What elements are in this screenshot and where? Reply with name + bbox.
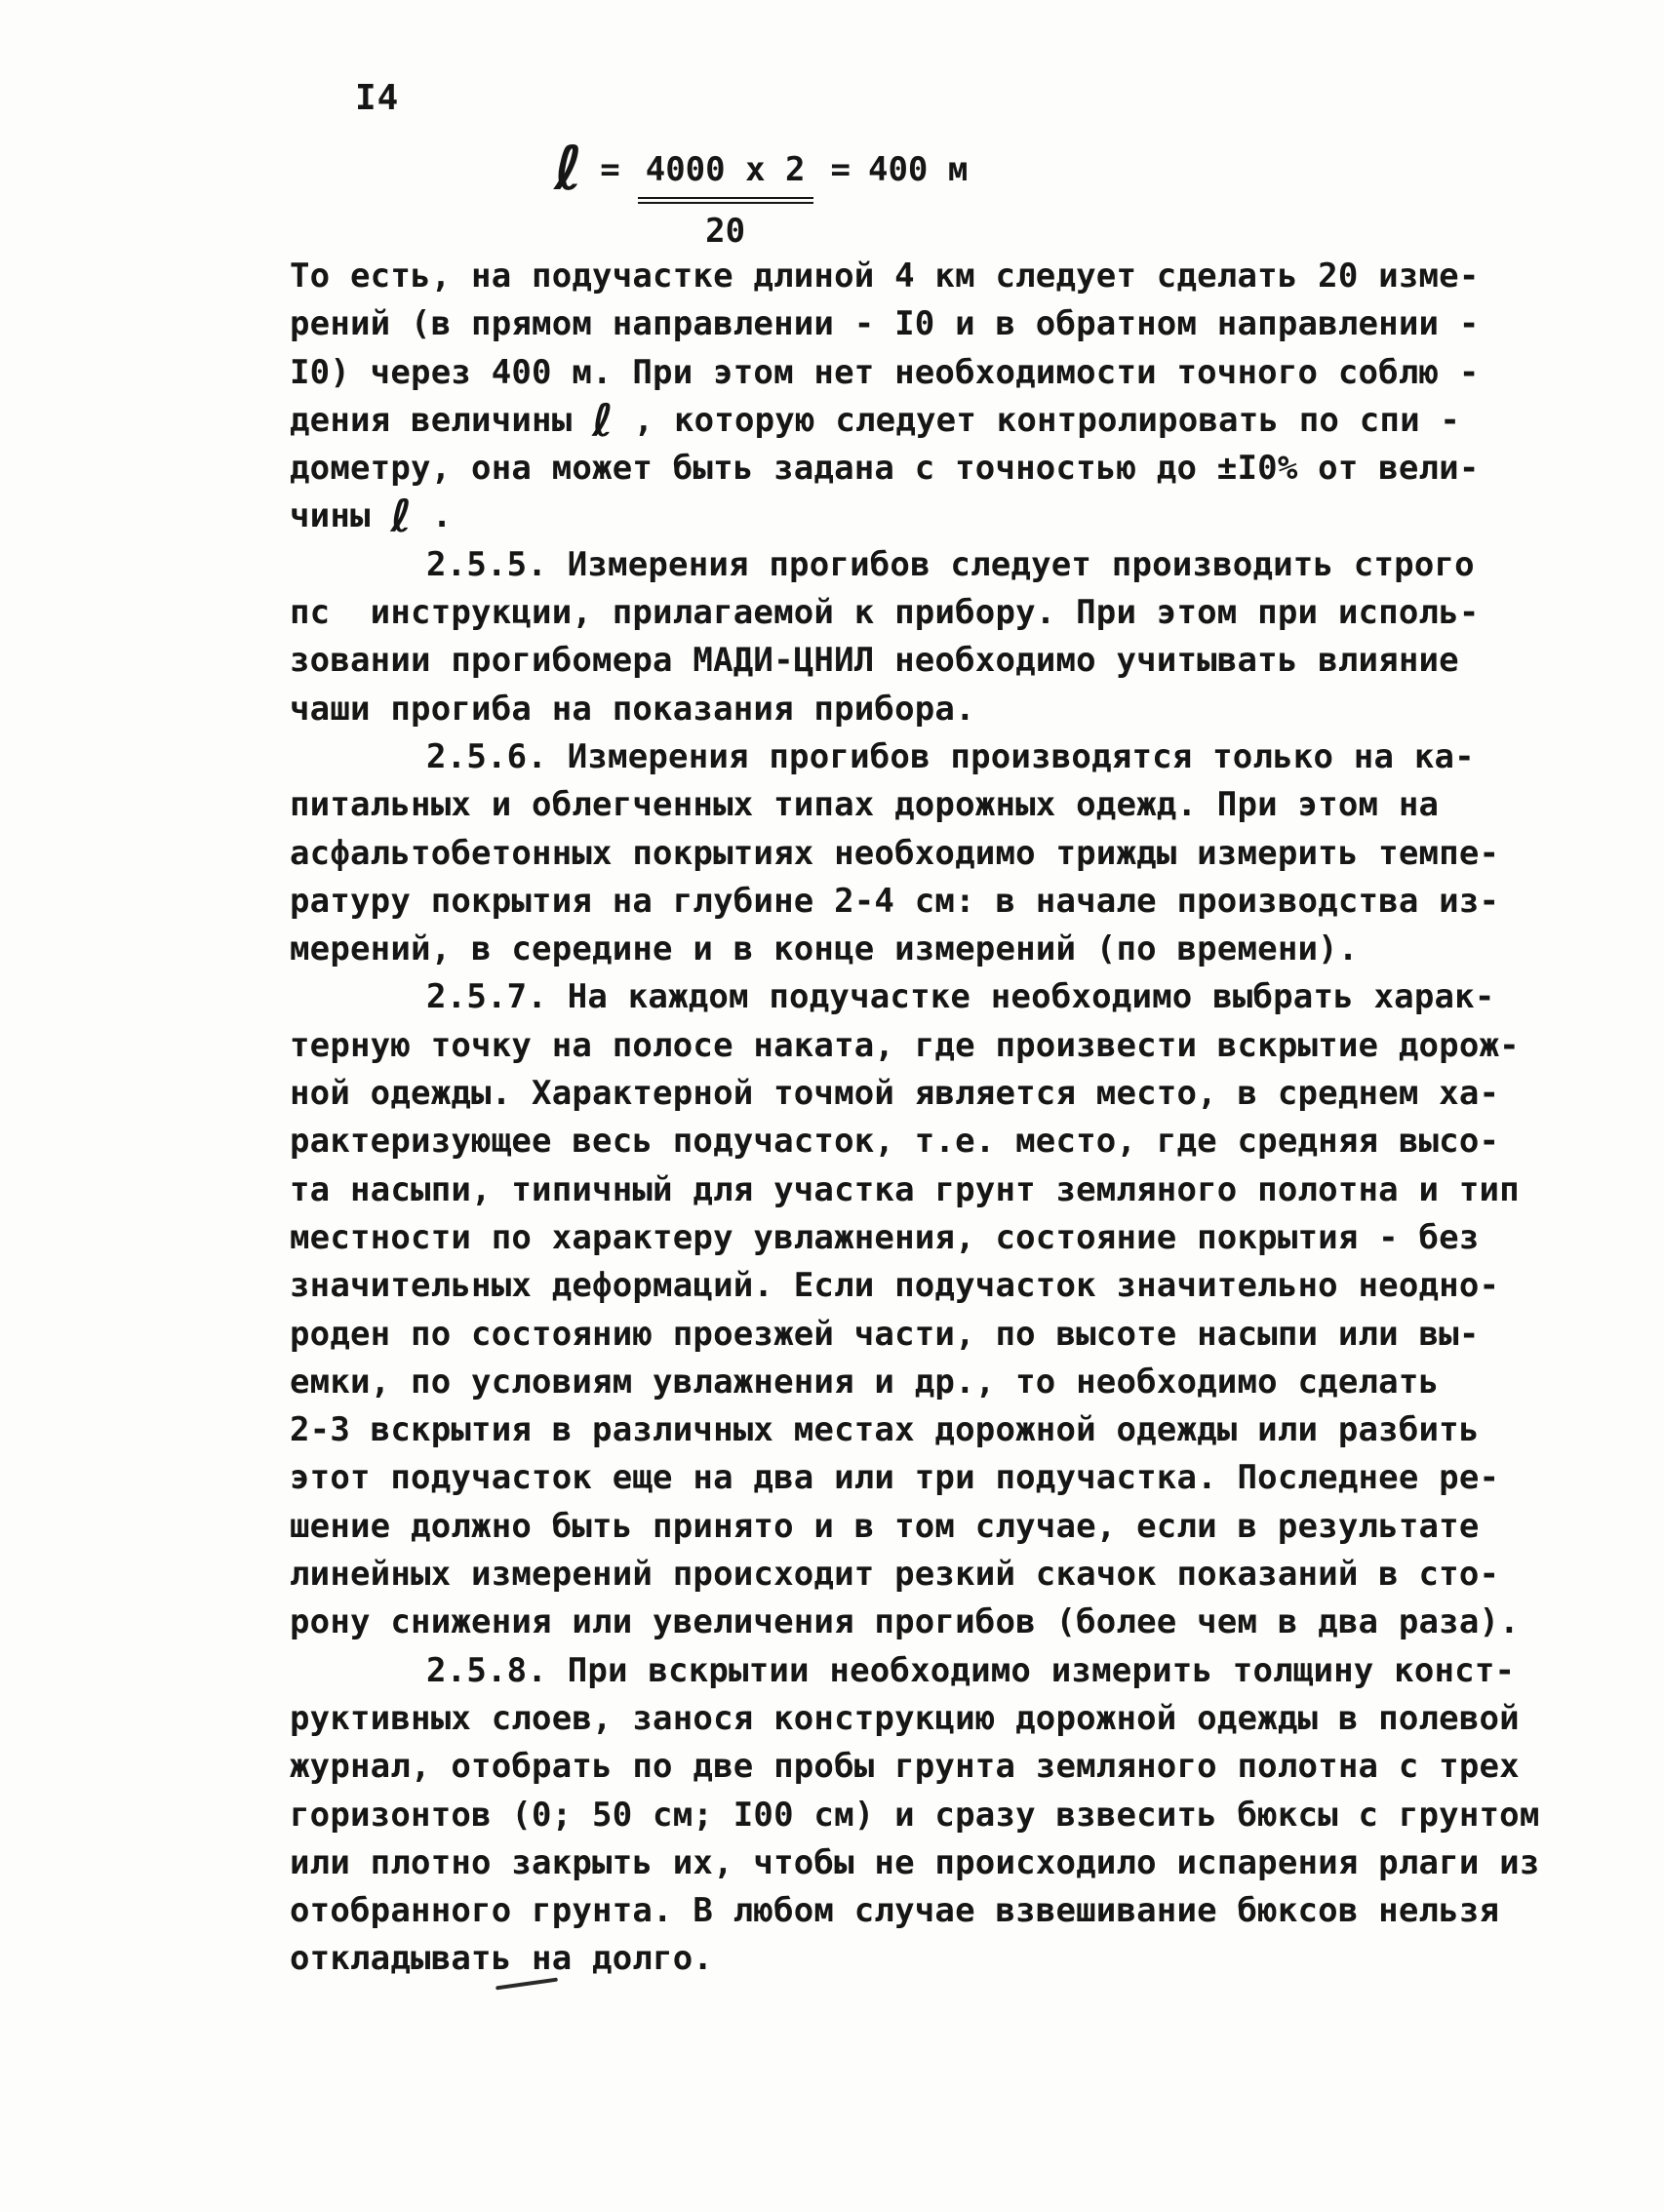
text-line: терную точку на полосе наката, где произ… [290, 1022, 1567, 1070]
text-line: 2-3 вскрытия в различных местах дорожной… [290, 1406, 1567, 1454]
text-line: питальных и облегченных типах дорожных о… [290, 781, 1567, 829]
text-line: чины ℓ . [290, 493, 1567, 540]
text-line: шение должно быть принято и в том случае… [290, 1503, 1567, 1551]
text-line: ной одежды. Характерной точмой является … [290, 1070, 1567, 1118]
text-line: 2.5.5. Измерения прогибов следует произв… [290, 541, 1567, 589]
text-line: дометру, она может быть задана с точност… [290, 445, 1567, 493]
script-l-symbol: ℓ [390, 490, 412, 542]
text-line: та насыпи, типичный для участка грунт зе… [290, 1166, 1567, 1214]
text-line: пс инструкции, прилагаемой к прибору. Пр… [290, 589, 1567, 637]
text-line: 2.5.7. На каждом подучастке необходимо в… [290, 973, 1567, 1021]
text-line: этот подучасток еще на два или три подуч… [290, 1454, 1567, 1502]
text-line: рону снижения или увеличения прогибов (б… [290, 1599, 1567, 1646]
text-line: горизонтов (0; 50 см; I00 см) и сразу вз… [290, 1792, 1567, 1839]
script-l-symbol: ℓ [592, 394, 614, 447]
text-line: журнал, отобрать по две пробы грунта зем… [290, 1743, 1567, 1791]
document-page: I4 ℓ = 4000 x 2 20 = 400 м То есть, на п… [0, 0, 1664, 2212]
formula: ℓ = 4000 x 2 20 = 400 м [554, 146, 968, 256]
text-line: роден по состоянию проезжей части, по вы… [290, 1311, 1567, 1359]
text-line: мерений, в середине и в конце измерений … [290, 926, 1567, 973]
text-line: рактеризующее весь подучасток, т.е. мест… [290, 1118, 1567, 1165]
fraction-numerator: 4000 x 2 [638, 146, 813, 204]
text-line: I0) через 400 м. При этом нет необходимо… [290, 349, 1567, 397]
text-line: руктивных слоев, занося конструкцию доро… [290, 1695, 1567, 1743]
text-line: чаши прогиба на показания прибора. [290, 686, 1567, 733]
text-line: значительных деформаций. Если подучасток… [290, 1262, 1567, 1310]
text-line: зовании прогибомера МАДИ-ЦНИЛ необходимо… [290, 637, 1567, 685]
fraction: 4000 x 2 20 [638, 146, 813, 256]
equals-sign: = [831, 146, 851, 194]
text-line: откладывать на долго. [290, 1935, 1567, 1983]
text-line: местности по характеру увлажнения, состо… [290, 1214, 1567, 1262]
text-line: 2.5.6. Измерения прогибов производятся т… [290, 733, 1567, 781]
text-line: 2.5.8. При вскрытии необходимо измерить … [290, 1647, 1567, 1695]
equals-sign: = [600, 146, 619, 194]
text-line: линейных измерений происходит резкий ска… [290, 1551, 1567, 1599]
text-line: асфальтобетонных покрытиях необходимо тр… [290, 830, 1567, 878]
text-line: отобранного грунта. В любом случае взвеш… [290, 1887, 1567, 1935]
text-line: емки, по условиям увлажнения и др., то н… [290, 1359, 1567, 1406]
text-line: То есть, на подучастке длиной 4 км следу… [290, 253, 1567, 300]
text-line: ратуру покрытия на глубине 2-4 см: в нач… [290, 878, 1567, 926]
fraction-denominator: 20 [705, 204, 745, 256]
document-body: То есть, на подучастке длиной 4 км следу… [290, 253, 1567, 1984]
page-number: I4 [355, 78, 399, 118]
text-line: дения величины ℓ , которую следует контр… [290, 397, 1567, 445]
script-l-symbol: ℓ [554, 144, 582, 192]
formula-result: 400 м [868, 146, 968, 194]
text-line: или плотно закрыть их, чтобы не происход… [290, 1839, 1567, 1887]
text-line: рений (в прямом направлении - I0 и в обр… [290, 300, 1567, 348]
